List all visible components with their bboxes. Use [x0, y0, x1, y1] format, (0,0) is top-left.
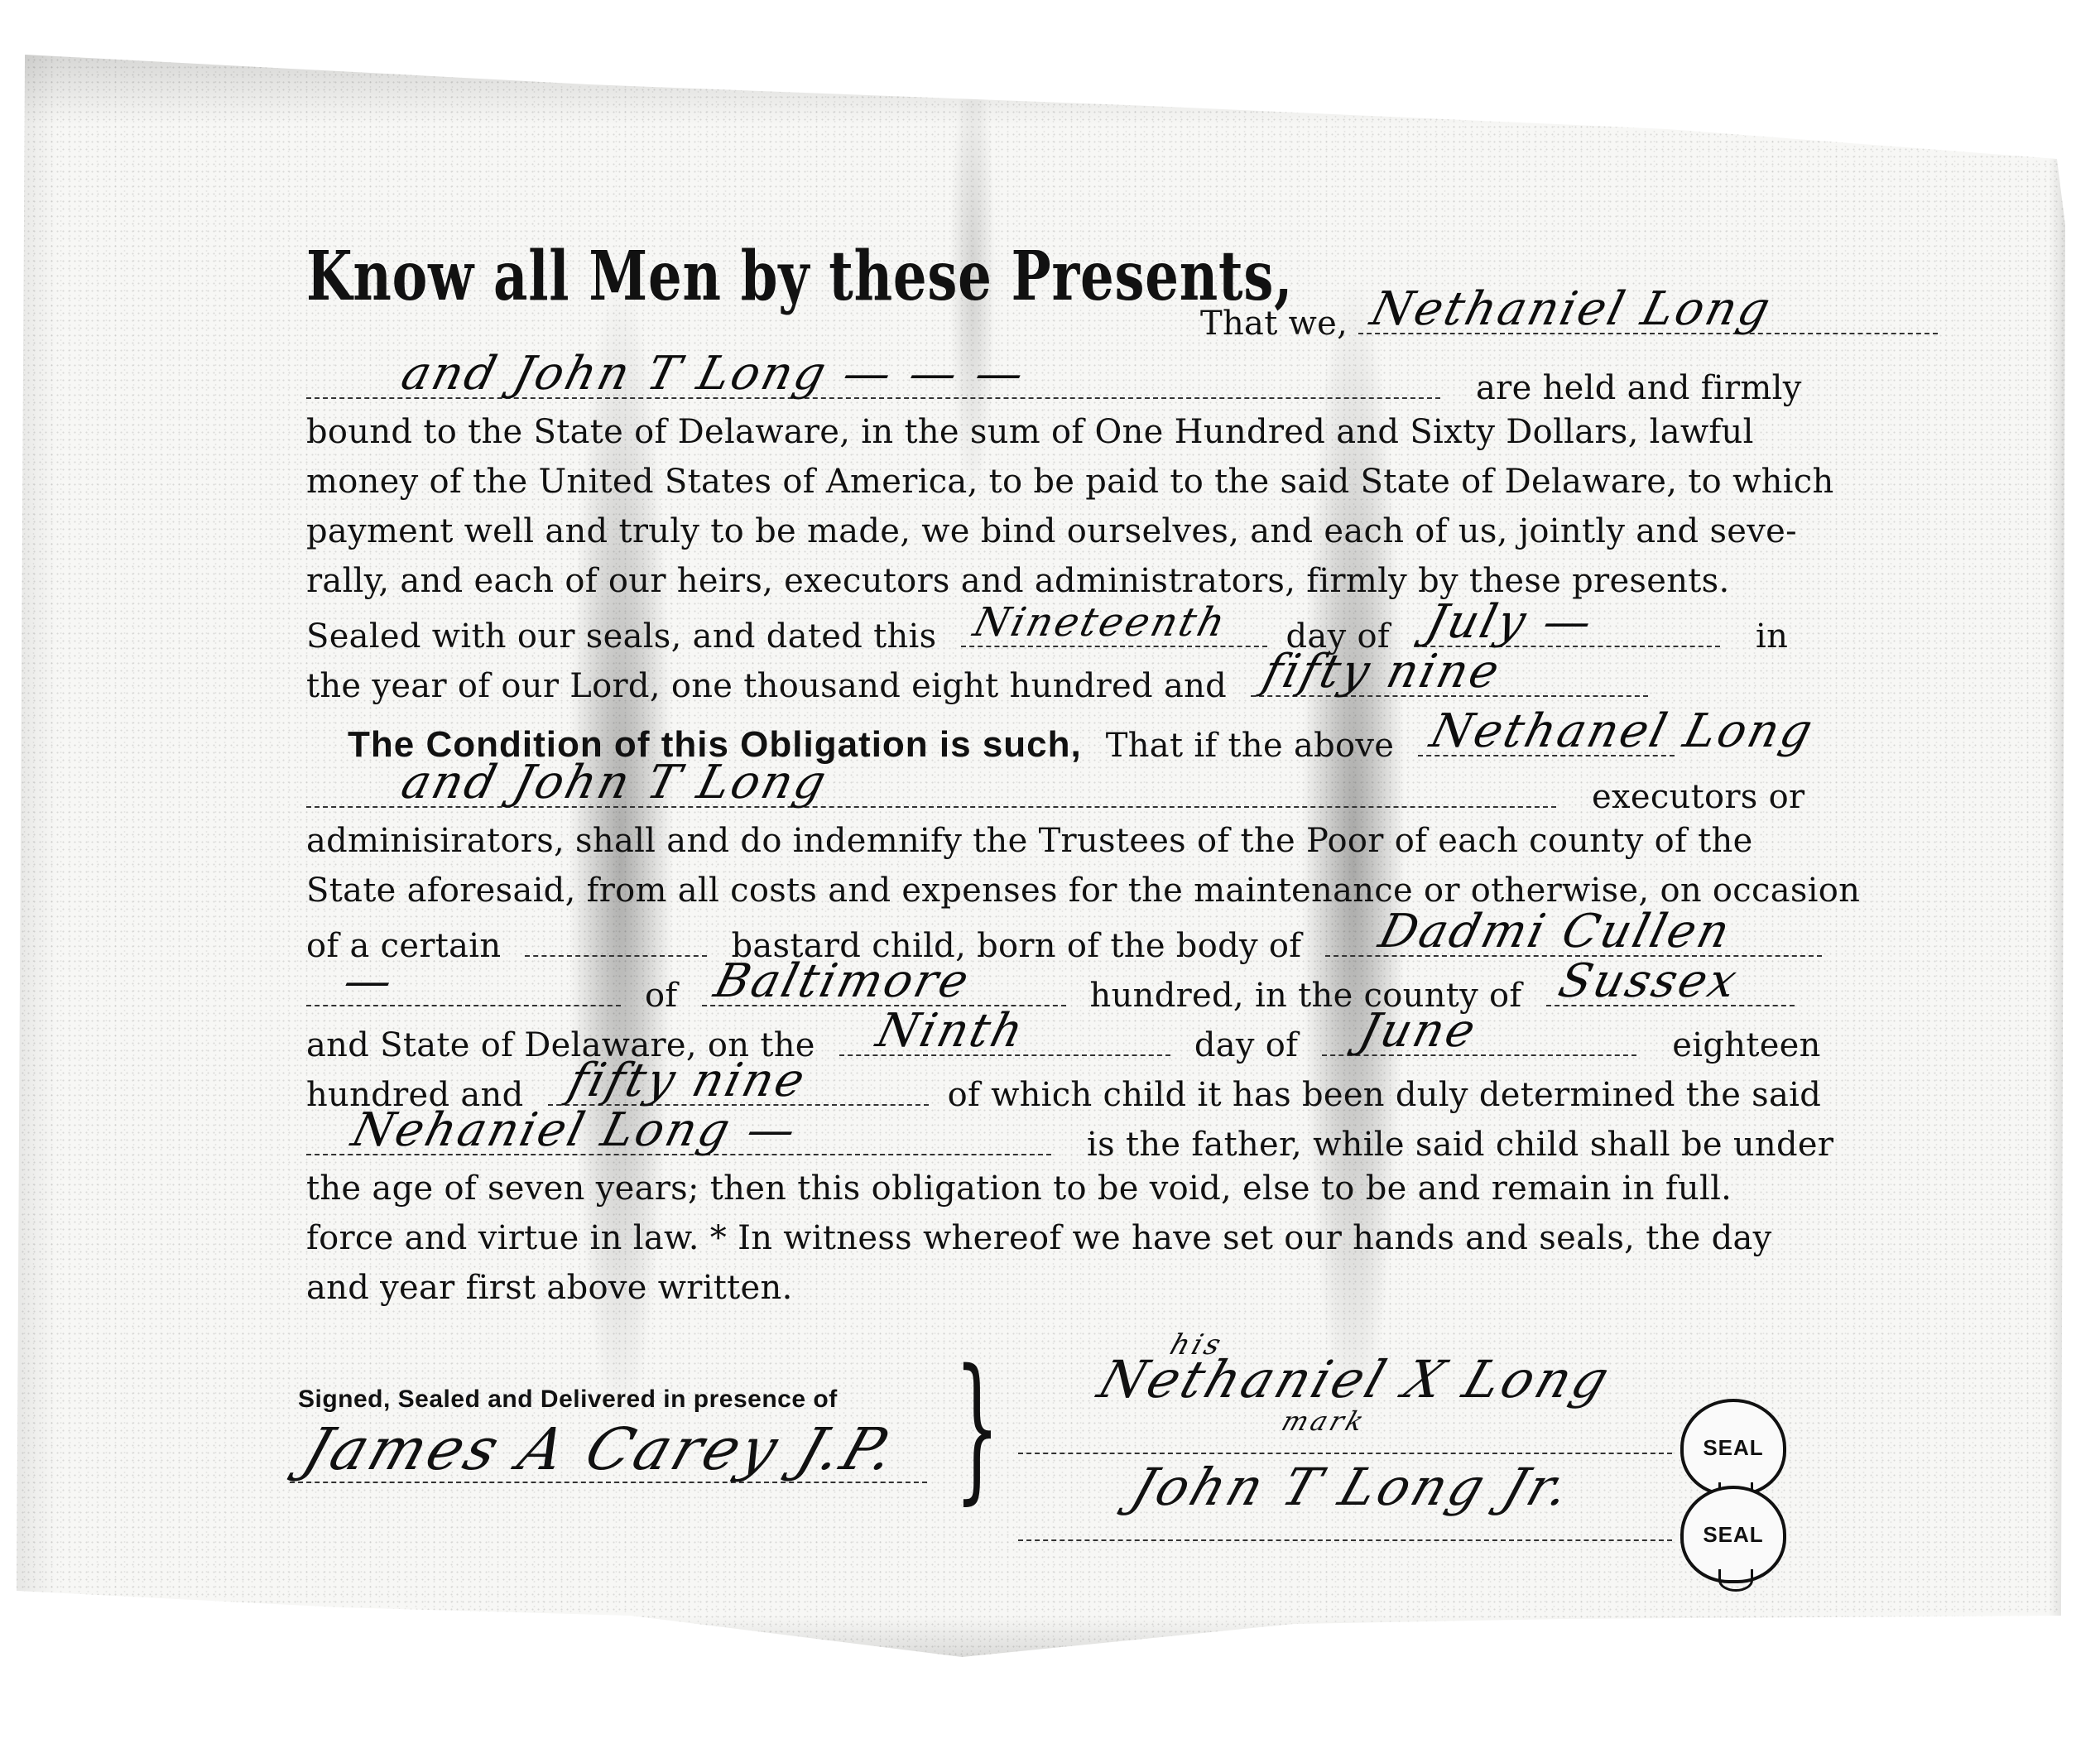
certain-field [525, 919, 707, 957]
witness-signature: James A Carey J.P. [296, 1415, 907, 1483]
brace-glyph: } [954, 1349, 999, 1506]
mother-field: Dadmi Cullen [1325, 919, 1822, 957]
condition-name-2-handwriting: and John T Long [397, 761, 832, 804]
in-text: in [1756, 617, 1788, 656]
of-a-certain-text: of a certain [306, 927, 501, 965]
line-10: and John T Long executors or [306, 770, 1804, 819]
day-handwriting: Nineteenth [969, 601, 1232, 644]
of-text: of [645, 977, 678, 1015]
birth-year-handwriting: fifty nine [565, 1059, 810, 1102]
obligor-2-handwriting: and John T Long — — — [397, 353, 1031, 396]
line-2: and John T Long — — — are held and firml… [306, 361, 1802, 410]
line-5: payment well and truly to be made, we bi… [306, 510, 1797, 553]
that-if-above-text: That if the above [1106, 727, 1395, 765]
that-we-line: That we, Nethaniel Long [1200, 296, 1938, 345]
obligor-1-handwriting: Nethaniel Long [1367, 288, 1776, 331]
birth-month-handwriting: June [1355, 1010, 1482, 1053]
year-handwriting: fifty nine [1259, 651, 1505, 694]
seal-2: SEAL [1680, 1486, 1786, 1583]
condition-name-1-handwriting: Nethanel Long [1426, 710, 1819, 753]
father-handwriting: Nehaniel Long — [348, 1109, 802, 1152]
year-of-lord-text: the year of our Lord, one thousand eight… [306, 667, 1227, 705]
year-field: fifty nine [1251, 659, 1648, 697]
condition-name-2-field: and John T Long [306, 770, 1556, 808]
line-11: adminisirators, shall and do indemnify t… [306, 819, 1753, 862]
county-handwriting: Sussex [1555, 960, 1743, 1003]
birth-year-field: fifty nine [548, 1068, 929, 1106]
duly-determined-text: of which child it has been duly determin… [948, 1076, 1822, 1114]
line-19: force and virtue in law. * In witness wh… [306, 1217, 1772, 1260]
line-20: and year first above written. [306, 1266, 793, 1309]
line-17: Nehaniel Long — is the father, while sai… [306, 1117, 1833, 1166]
line-4: money of the United States of America, t… [306, 460, 1834, 503]
line-8: the year of our Lord, one thousand eight… [306, 659, 1648, 708]
line-3: bound to the State of Delaware, in the s… [306, 411, 1754, 454]
month-handwriting: July — [1422, 601, 1598, 644]
day-of-text-2: day of [1194, 1026, 1298, 1064]
sealed-dated-text: Sealed with our seals, and dated this [306, 617, 936, 656]
father-field: Nehaniel Long — [306, 1117, 1051, 1155]
seal-1: SEAL [1680, 1399, 1786, 1496]
hundred-handwriting: Baltimore [710, 960, 975, 1003]
day-field: Nineteenth [961, 609, 1267, 647]
birth-day-handwriting: Ninth [872, 1010, 1030, 1053]
line-14: — of Baltimore hundred, in the county of… [306, 968, 1795, 1017]
blackletter-heading: Know all Men by these Presents, [306, 255, 1293, 298]
mother-continued-mark: — [339, 960, 399, 1003]
condition-name-1-field: Nethanel Long [1418, 718, 1675, 756]
signature-2-line [1018, 1539, 1672, 1541]
that-we-label: That we, [1200, 305, 1348, 343]
obligor-2-field: and John T Long — — — [306, 361, 1440, 399]
line-18: the age of seven years; then this obliga… [306, 1167, 1732, 1210]
birth-month-field: June [1322, 1018, 1636, 1056]
signature-mark-label: mark [1278, 1405, 1371, 1437]
line-15: and State of Delaware, on the Ninth day … [306, 1018, 1821, 1067]
mother-handwriting: Dadmi Cullen [1375, 910, 1736, 953]
birth-day-field: Ninth [839, 1018, 1170, 1056]
seal-1-label: SEAL [1703, 1435, 1763, 1461]
hundred-field: Baltimore [702, 968, 1066, 1006]
seal-2-label: SEAL [1703, 1522, 1763, 1548]
signature-2: John T Long Jr. [1124, 1457, 1581, 1517]
line-7: Sealed with our seals, and dated this Ni… [306, 609, 1788, 658]
executors-or-text: executors or [1592, 778, 1804, 816]
month-field: July — [1414, 609, 1720, 647]
eighteen-text: eighteen [1672, 1026, 1820, 1064]
signature-1-line [1018, 1453, 1672, 1454]
mother-continued-field: — [306, 968, 621, 1006]
held-firmly-text: are held and firmly [1476, 369, 1802, 407]
obligor-1-field: Nethaniel Long [1358, 296, 1938, 334]
signature-1: Nethaniel X Long [1091, 1349, 1619, 1410]
is-the-father-text: is the father, while said child shall be… [1087, 1126, 1833, 1164]
county-field: Sussex [1546, 968, 1795, 1006]
